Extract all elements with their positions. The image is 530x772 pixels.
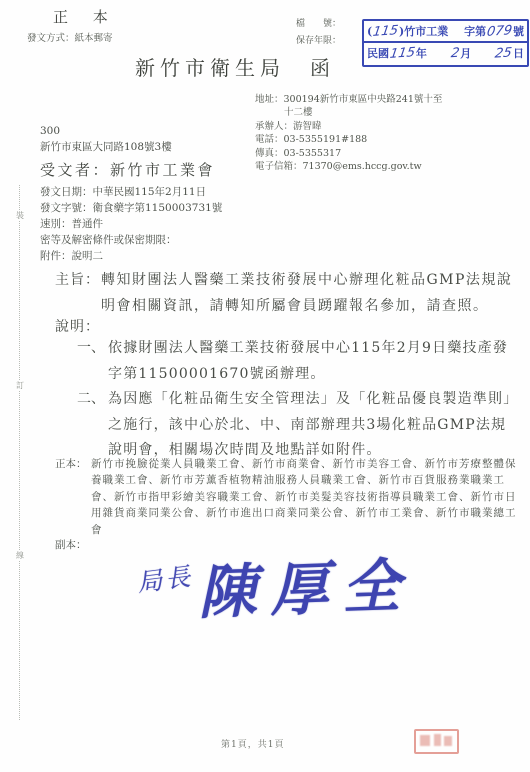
distribution-original-list: 新竹市挽臉從業人員職業工會、新竹市商業會、新竹市美容工會、新竹市芳療整體保養職業… [91,456,520,538]
recipient-address: 新竹市東區大同路108號3樓 [40,139,172,154]
description-item-1: 一、 依據財團法人醫藥工業技術發展中心115年2月9日藥技產發字第1150000… [77,336,520,387]
retention-label: 保存年限： [296,33,341,50]
issue-doc-number: 發文字號：衛食藥字第1150003731號 [40,200,222,216]
subject-text: 轉知財團法人醫藥工業技術發展中心辦理化粧品GMP法規說明會相關資訊，請轉知所屬會… [101,268,520,319]
stamp-day-unit: 日 [513,45,524,61]
distribution-copy-label: 副本： [55,537,87,552]
subject-paragraph: 主旨： 轉知財團法人醫藥工業技術發展中心辦理化粧品GMP法規說明會相關資訊，請轉… [55,268,520,319]
item-2-number: 二、 [77,387,108,413]
sender-email: 電子信箱：71370@ems.hccg.gov.tw [255,160,442,173]
copy-type-label: 正 本 [53,6,118,27]
seal-mark [434,734,441,746]
page-number-info: 第1頁，共1頁 [221,737,284,750]
document-meta-block: 發文日期：中華民國115年2月11日 發文字號：衛食藥字第1150003731號… [40,184,222,264]
signature-name: 陳厚全 [197,538,416,629]
file-number-label: 檔 號： [296,16,341,33]
stamp-number-label: 字第 [464,23,486,39]
delivery-method: 發文方式：紙本郵寄 [27,30,113,44]
sender-address-line1: 地址：300194新竹市東區中央路241號十至 [255,93,442,106]
recipient-zip: 300 [40,125,60,137]
sender-phone: 電話：03-5355191#188 [255,133,442,146]
stamp-handwritten-month: 2 [449,45,462,61]
stamp-year-unit: 年 [416,45,427,61]
sender-fax: 傳真：03-5355317 [255,147,442,160]
scanned-official-letter: 裝 訂 線 正 本 發文方式：紙本郵寄 檔 號： 保存年限： (115)竹市工業… [0,0,530,772]
stamp-handwritten-year: 115 [388,45,417,62]
seal-mark [420,735,430,746]
issue-date: 發文日期：中華民國115年2月11日 [40,184,222,200]
red-seal-stamp [414,729,459,754]
receipt-stamp-date-row: 民國 115年 2月 25日 [364,43,527,63]
item-2-text: 為因應「化粧品衛生安全管理法」及「化粧品優良製造準則」之施行，該中心於北、中、南… [108,387,520,464]
distribution-original: 正本： 新竹市挽臉從業人員職業工會、新竹市商業會、新竹市美容工會、新竹市芳療整體… [55,456,520,538]
stamp-handwritten-number: 079 [485,23,514,40]
binding-mark-xian: 線 [12,550,28,561]
subject-label: 主旨： [55,268,101,294]
sender-address-line2: 十二樓 [255,106,442,119]
stamp-org-name: )竹市工業 [399,23,448,39]
recipient-line: 受文者：新竹市工業會 [40,159,215,180]
stamp-handwritten-day: 25 [493,45,514,61]
binding-dotted-line [19,185,20,720]
item-1-text: 依據財團法人醫藥工業技術發展中心115年2月9日藥技產發字第1150000167… [108,336,520,387]
receipt-stamp-number-row: (115)竹市工業 字第079號 [364,21,527,43]
sender-contact-person: 承辦人：游智暐 [255,120,442,133]
binding-mark-ding: 訂 [12,380,28,391]
signature-title: 局長 [135,557,195,600]
attachment-note: 附件：說明二 [40,248,222,264]
seal-mark [444,736,452,746]
receipt-stamp: (115)竹市工業 字第079號 民國 115年 2月 25日 [362,19,529,67]
item-1-number: 一、 [77,336,108,362]
security-class: 密等及解密條件或保密期限： [40,232,222,248]
sender-contact-block: 地址：300194新竹市東區中央路241號十至 十二樓 承辦人：游智暐 電話：0… [255,93,442,173]
speed-class: 速別：普通件 [40,216,222,232]
description-item-2: 二、 為因應「化粧品衛生安全管理法」及「化粧品優良製造準則」之施行，該中心於北、… [77,387,520,464]
description-label: 說明： [55,316,100,336]
description-items: 一、 依據財團法人醫藥工業技術發展中心115年2月9日藥技產發字第1150000… [77,336,520,464]
binding-mark-zhuang: 裝 [12,210,28,221]
document-title: 新竹市衛生局 函 [85,52,385,81]
stamp-handwritten-reg-year: 115 [371,23,400,40]
stamp-number-suffix: 號 [513,23,524,39]
stamp-month-unit: 月 [460,45,471,61]
distribution-original-label: 正本： [55,456,91,472]
file-number-block: 檔 號： 保存年限： [296,16,341,50]
